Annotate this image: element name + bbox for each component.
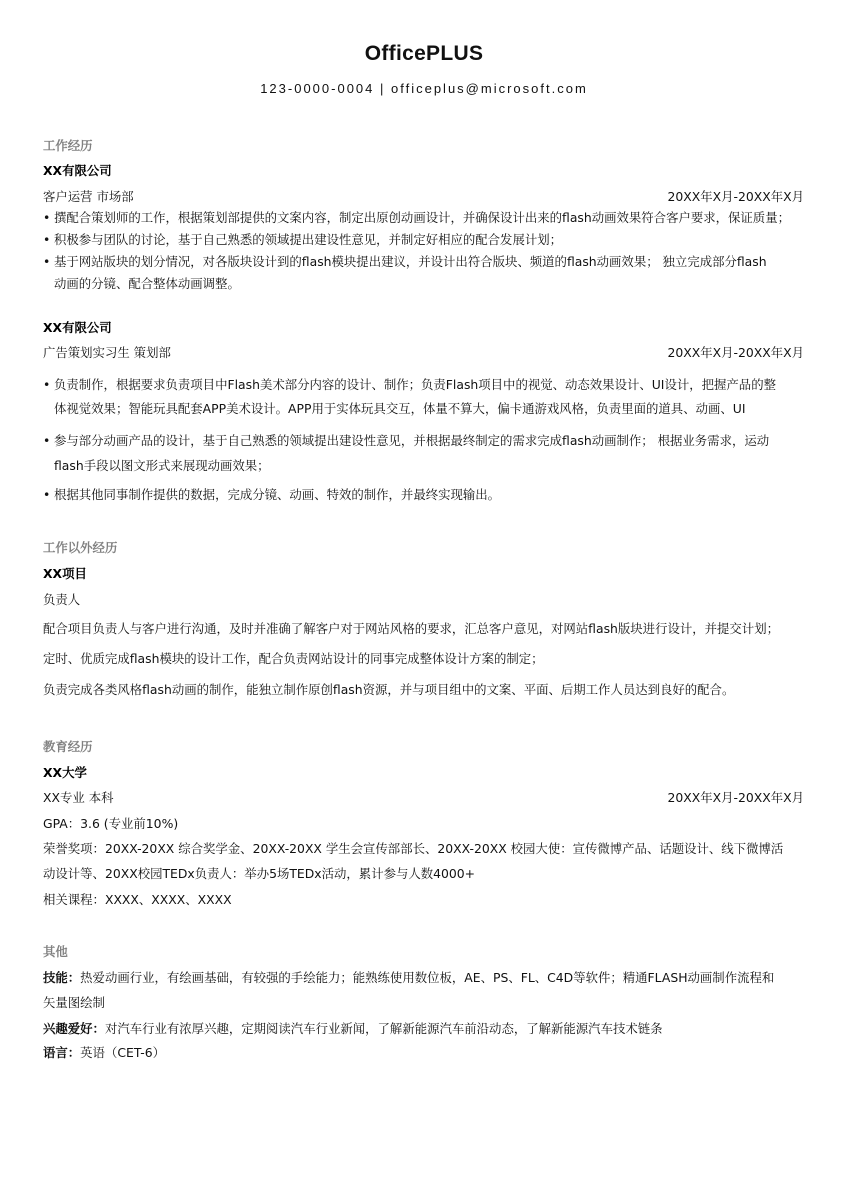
company-name: XX有限公司 xyxy=(43,319,112,337)
skills: 技能：热爱动画行业，有绘画基础，有较强的手绘能力；能熟练使用数位板，AE、PS、… xyxy=(43,969,774,987)
gpa: GPA：3.6 (专业前10%) xyxy=(43,815,178,833)
bullet-icon: • xyxy=(43,251,50,273)
job-bullet: • 负责制作，根据要求负责项目中Flash美术部分内容的设计、制作；负责Flas… xyxy=(43,373,813,421)
school-name: XX大学 xyxy=(43,764,87,782)
project-line: 定时、优质完成flash模块的设计工作，配合负责网站设计的同事完成整体设计方案的… xyxy=(43,650,544,668)
skills-label: 技能： xyxy=(43,970,80,985)
bullet-icon: • xyxy=(43,207,50,229)
bullet-icon: • xyxy=(43,373,50,397)
project-line: 配合项目负责人与客户进行沟通，及时并准确了解客户对于网站风格的要求，汇总客户意见… xyxy=(43,620,779,638)
honors-line: 动设计等、20XX校园TEDx负责人：举办5场TEDx活动，累计参与人数4000… xyxy=(43,865,475,883)
contact-info: 123-0000-0004 | officeplus@microsoft.com xyxy=(0,81,848,96)
job-role: 广告策划实习生 策划部 xyxy=(43,344,171,362)
bullet-icon: • xyxy=(43,428,50,453)
resume-page: OfficePLUS 123-0000-0004 | officeplus@mi… xyxy=(0,0,848,1200)
languages: 语言：英语（CET-6） xyxy=(43,1044,165,1062)
job-bullet: • 基于网站版块的划分情况，对各版块设计到的flash模块提出建议，并设计出符合… xyxy=(43,251,813,295)
hobbies: 兴趣爱好：对汽车行业有浓厚兴趣，定期阅读汽车行业新闻，了解新能源汽车前沿动态，了… xyxy=(43,1020,663,1038)
job-role: 客户运营 市场部 xyxy=(43,188,134,206)
project-role: 负责人 xyxy=(43,591,80,609)
job-period: 20XX年X月-20XX年X月 xyxy=(668,344,805,362)
bullet-icon: • xyxy=(43,484,50,506)
bullet-icon: • xyxy=(43,229,50,251)
job-bullet: • 积极参与团队的讨论，基于自己熟悉的领域提出建设性意见，并制定好相应的配合发展… xyxy=(43,229,813,251)
job-bullet: • 根据其他同事制作提供的数据，完成分镜、动画、特效的制作，并最终实现输出。 xyxy=(43,484,813,506)
education-period: 20XX年X月-20XX年X月 xyxy=(668,789,805,807)
section-title-extra: 工作以外经历 xyxy=(43,539,117,557)
project-line: 负责完成各类风格flash动画的制作，能独立制作原创flash资源，并与项目组中… xyxy=(43,681,734,699)
language-label: 语言： xyxy=(43,1045,80,1060)
job-period: 20XX年X月-20XX年X月 xyxy=(668,188,805,206)
courses: 相关课程：XXXX、XXXX、XXXX xyxy=(43,891,232,909)
project-name: XX项目 xyxy=(43,565,87,583)
job-bullet: • 参与部分动画产品的设计，基于自己熟悉的领域提出建设性意见，并根据最终制定的需… xyxy=(43,428,813,478)
major-degree: XX专业 本科 xyxy=(43,789,113,807)
hobby-label: 兴趣爱好： xyxy=(43,1021,105,1036)
section-title-education: 教育经历 xyxy=(43,738,93,756)
candidate-name: OfficePLUS xyxy=(0,42,848,66)
section-title-work: 工作经历 xyxy=(43,137,93,155)
honors-line: 荣誉奖项：20XX-20XX 综合奖学金、20XX-20XX 学生会宣传部部长、… xyxy=(43,840,783,858)
section-title-other: 其他 xyxy=(43,943,68,961)
skills-continued: 矢量图绘制 xyxy=(43,994,105,1012)
company-name: XX有限公司 xyxy=(43,162,112,180)
job-bullet: • 撰配合策划师的工作，根据策划部提供的文案内容，制定出原创动画设计，并确保设计… xyxy=(43,207,813,229)
